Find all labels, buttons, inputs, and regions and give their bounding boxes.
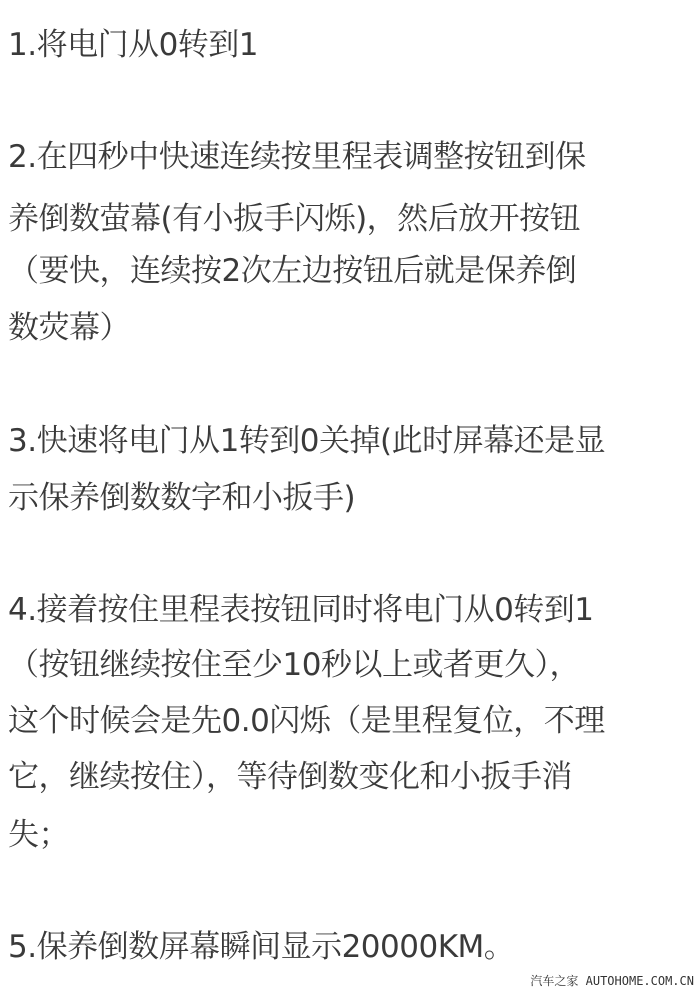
step-3-line-1: 3.快速将电门从1转到0关掉(此时屏幕还是显	[8, 421, 605, 461]
step-2-line-4: 数荧幕）	[8, 308, 130, 348]
step-4-line-2: （按钮继续按住至少10秒以上或者更久），	[8, 645, 580, 685]
step-2-line-1: 2.在四秒中快速连续按里程表调整按钮到保	[8, 137, 586, 177]
step-2-line-3: （要快，连续按2次左边按钮后就是保养倒	[8, 251, 576, 291]
step-4-line-1: 4.接着按住里程表按钮同时将电门从0转到1	[8, 590, 594, 630]
watermark: 汽车之家 AUTOHOME.COM.CN	[530, 974, 694, 988]
step-4-line-5: 失；	[8, 815, 69, 855]
step-3-line-2: 示保养倒数数字和小扳手)	[8, 478, 355, 518]
step-1-line-1: 1.将电门从0转到1	[8, 25, 258, 65]
step-4-line-4: 它，继续按住），等待倒数变化和小扳手消	[8, 757, 572, 797]
step-4-line-3: 这个时候会是先0.0闪烁（是里程复位，不理	[8, 701, 605, 741]
step-2-line-2: 养倒数萤幕(有小扳手闪烁)，然后放开按钮	[8, 199, 580, 239]
step-5-line-1: 5.保养倒数屏幕瞬间显示20000KM。	[8, 927, 514, 967]
